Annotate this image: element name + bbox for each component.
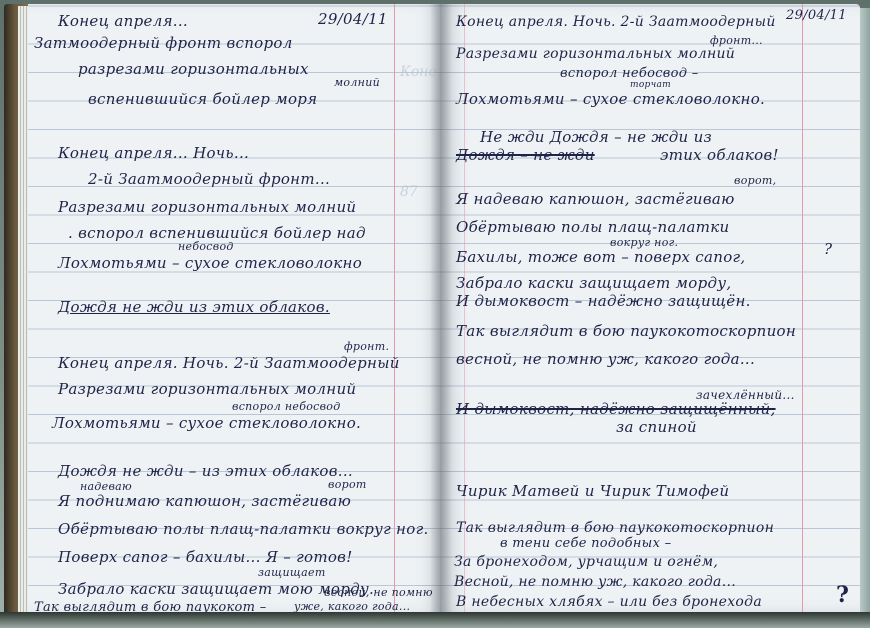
entry-line: Дождя не жди из этих облаков. <box>58 298 330 316</box>
bleed-through-text: 87 <box>400 184 418 200</box>
entry-line: этих облаков! <box>660 146 779 164</box>
entry-line: Я надеваю капюшон, застёгиваю <box>456 190 735 208</box>
entry-line: Затмоодерный фронт вспорол <box>34 34 293 52</box>
notebook-bottom-edge <box>0 612 870 628</box>
entry-insertion: весной, не помню <box>324 586 433 599</box>
question-mark: ? <box>836 582 849 608</box>
entry-insertion: вспорол небосвод – <box>560 66 699 81</box>
entry-date: 29/04/11 <box>786 8 847 23</box>
entry-insertion: ворот, <box>734 174 776 187</box>
entry-insertion: в тени себе подобных – <box>500 536 671 551</box>
entry-line: Лохмотьями – сухое стекловолокно <box>58 254 362 272</box>
entry-date: 29/04/11 <box>318 10 388 28</box>
entry-line: Так выглядит в бою паукокотоскорпион <box>456 322 796 340</box>
entry-line: Поверх сапог – бахилы... Я – готов! <box>58 548 353 566</box>
entry-insertion: ворот <box>328 478 367 491</box>
question-mark: ? <box>824 240 832 258</box>
entry-line: Дождя не жди – из этих облаков... <box>58 462 353 480</box>
entry-insertion: вспорол небосвод <box>232 400 340 413</box>
entry-line: вспенившийся бойлер моря <box>88 90 317 108</box>
entry-line: Лохмотьями – сухое стекловолокно. <box>52 414 361 432</box>
notebook-spine <box>430 4 452 612</box>
entry-line: В небесных хлябях – или без бронехода <box>456 594 762 610</box>
entry-line: И дымоквост – надёжно защищён. <box>456 292 751 310</box>
entry-line: Бахилы, тоже вот – поверх сапог, <box>456 248 745 266</box>
entry-line: Обёртываю полы плащ-палатки <box>456 218 730 236</box>
entry-line: Конец апреля... Ночь... <box>58 144 249 162</box>
entry-line: Обёртываю полы плащ-палатки вокруг ног. <box>58 520 429 538</box>
entry-line: Весной, не помню уж, какого года... <box>454 574 736 590</box>
entry-insertion: зачехлённый... <box>696 388 795 402</box>
left-page: Коне 87 Конец апреля... 29/04/11 Затмоод… <box>28 4 440 612</box>
entry-line: Забрало каски защищает морду, <box>456 274 731 292</box>
entry-line: Так выглядит в бою паукокот – <box>34 600 267 612</box>
entry-line: Разрезами горизонтальных молний <box>58 380 356 398</box>
margin-line <box>802 4 803 612</box>
entry-insertion: за спиной <box>616 418 697 436</box>
strikethrough-text: Дождя – не жди <box>456 146 595 164</box>
entry-line: Так выглядит в бою паукокотоскорпион <box>456 520 774 536</box>
entry-line: Конец апреля... <box>58 12 188 30</box>
entry-line: Не жди Дождя – не жди из <box>480 128 712 146</box>
entry-insertion: молний <box>334 76 380 89</box>
entry-insertion: защищает <box>258 566 326 579</box>
strikethrough-text: И дымоквост, надёжно защищённый, <box>456 400 776 418</box>
entry-line: За бронеходом, урчащим и огнём, <box>454 554 718 570</box>
entry-line: Конец апреля. Ночь. 2-й Заатмоодерный <box>58 354 400 372</box>
entry-line: Разрезами горизонтальных молний <box>456 46 735 62</box>
entry-heading: Чирик Матвей и Чирик Тимофей <box>456 482 729 500</box>
entry-insertion: торчат <box>630 80 671 90</box>
entry-line: разрезами горизонтальных <box>78 60 309 78</box>
entry-line: Разрезами горизонтальных молний <box>58 198 356 216</box>
entry-line: Я поднимаю капюшон, застёгиваю <box>58 492 351 510</box>
right-page: Конец апреля. Ночь. 2-й Заатмоодерный 29… <box>440 4 860 612</box>
entry-insertion: фронт. <box>344 340 389 353</box>
entry-insertion: небосвод <box>178 240 234 253</box>
entry-line: 2-й Заатмоодерный фронт... <box>88 170 330 188</box>
page-edge <box>860 8 870 614</box>
entry-line: весной, не помню уж, какого года... <box>456 350 755 368</box>
entry-line: Лохмотьями – сухое стекловолокно. <box>456 90 765 108</box>
entry-line: Конец апреля. Ночь. 2-й Заатмоодерный <box>456 14 776 30</box>
entry-insertion: уже, какого года... <box>294 600 410 612</box>
